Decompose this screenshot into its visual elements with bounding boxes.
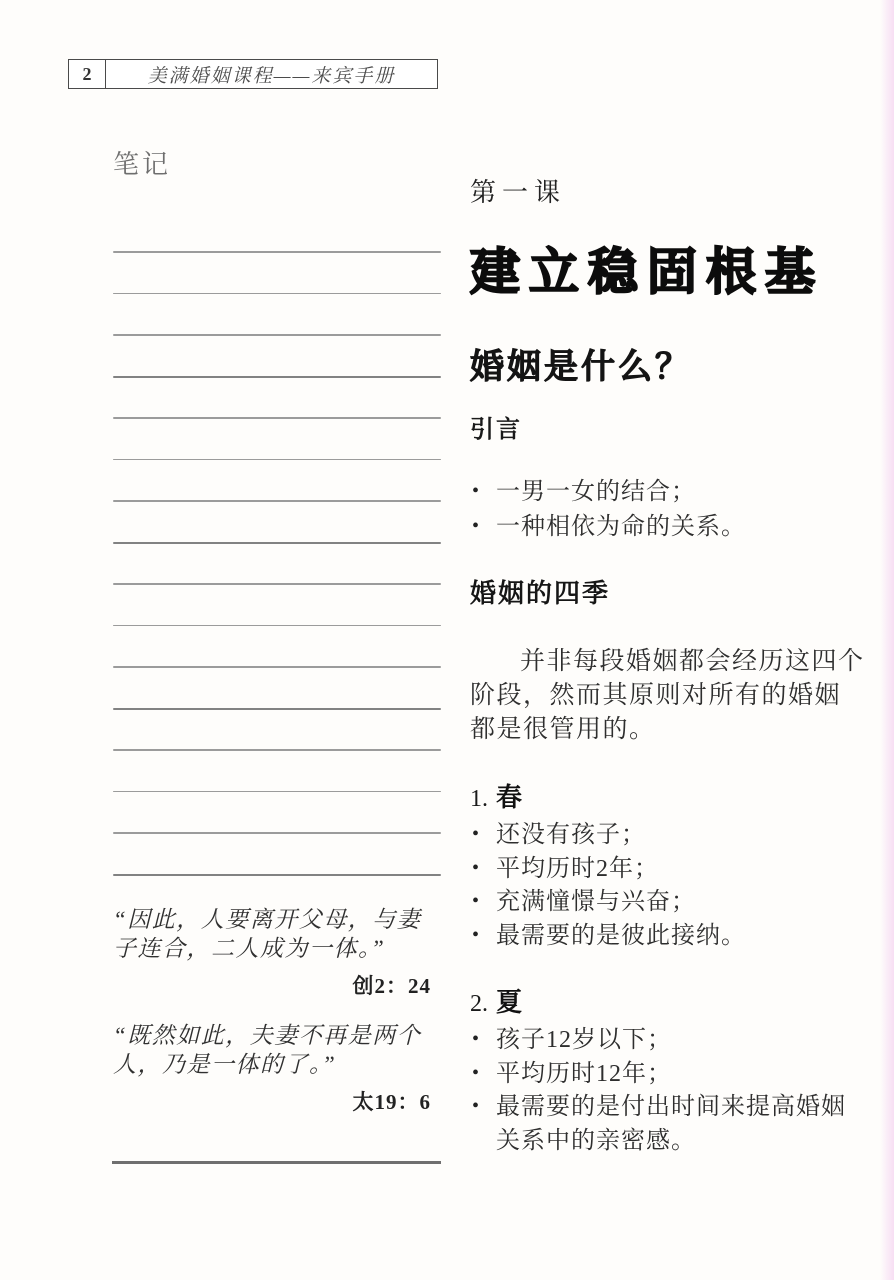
list-item: • 孩子12岁以下； <box>470 1024 866 1058</box>
notes-bottom-rule <box>112 1161 441 1164</box>
list-item: • 最需要的是彼此接纳。 <box>470 920 866 954</box>
running-head-title: 美满婚姻课程——来宾手册 <box>106 60 437 88</box>
notes-ruled-lines <box>113 251 441 915</box>
ruled-line <box>113 293 441 295</box>
spring-bullet-list: • 还没有孩子； • 平均历时2年； • 充满憧憬与兴奋； • 最需要的是彼此接… <box>470 819 884 953</box>
list-item-text: 还没有孩子； <box>496 822 646 848</box>
bullet-icon: • <box>472 885 480 919</box>
list-item-text: 最需要的是付出时间来提高婚姻关系中的亲密感。 <box>496 1094 846 1154</box>
ruled-line <box>113 542 441 544</box>
list-item-text: 一种相依为命的关系。 <box>496 514 746 540</box>
ruled-line <box>113 334 441 336</box>
lesson-number-label: 第一课 <box>470 178 884 208</box>
bullet-icon: • <box>472 509 480 544</box>
list-item-text: 一男一女的结合； <box>496 479 696 505</box>
ruled-line <box>113 376 441 378</box>
ruled-line <box>113 251 441 253</box>
sub-heading-introduction: 引言 <box>470 415 884 445</box>
list-item: • 平均历时12年； <box>470 1058 866 1092</box>
ruled-line <box>113 459 441 461</box>
stage-number: 2. <box>470 991 488 1017</box>
ruled-line <box>113 625 441 627</box>
list-item: • 一种相依为命的关系。 <box>470 510 884 545</box>
scripture-quote-genesis: “因此，人要离开父母，与妻子连合，二人成为一体。” 创2：24 <box>113 906 445 1000</box>
list-item-text: 最需要的是彼此接纳。 <box>496 923 746 949</box>
four-seasons-intro-paragraph: 并非每段婚姻都会经历这四个阶段，然而其原则对所有的婚姻都是很管用的。 <box>470 645 866 747</box>
list-item: • 平均历时2年； <box>470 853 866 887</box>
ruled-line <box>113 874 441 876</box>
bullet-icon: • <box>472 852 480 886</box>
ruled-line <box>113 417 441 419</box>
quote-reference: 创2：24 <box>113 970 445 1000</box>
list-item-text: 充满憧憬与兴奋； <box>496 889 696 915</box>
ruled-line <box>113 583 441 585</box>
list-item-text: 孩子12岁以下； <box>496 1027 672 1053</box>
ruled-line <box>113 500 441 502</box>
list-item: • 还没有孩子； <box>470 819 866 853</box>
stage-name: 春 <box>496 783 523 812</box>
introduction-bullet-list: • 一男一女的结合； • 一种相依为命的关系。 <box>470 475 884 545</box>
running-head: 2 美满婚姻课程——来宾手册 <box>68 59 438 89</box>
bullet-icon: • <box>472 919 480 953</box>
scripture-quotes: “因此，人要离开父母，与妻子连合，二人成为一体。” 创2：24 “既然如此，夫妻… <box>113 906 445 1138</box>
list-item: • 最需要的是付出时间来提高婚姻关系中的亲密感。 <box>470 1091 866 1158</box>
lesson-column: 第一课 建立稳固根基 婚姻是什么？ 引言 • 一男一女的结合； • 一种相依为命… <box>470 178 884 1158</box>
summer-bullet-list: • 孩子12岁以下； • 平均历时12年； • 最需要的是付出时间来提高婚姻关系… <box>470 1024 884 1158</box>
ruled-line <box>113 749 441 751</box>
stage-heading-spring: 1.春 <box>470 783 884 817</box>
bullet-icon: • <box>472 818 480 852</box>
quote-text: “因此，人要离开父母，与妻子连合，二人成为一体。” <box>113 906 445 963</box>
book-page: { "ui": { "bullet": "•" }, "header": { "… <box>0 0 894 1280</box>
ruled-line <box>113 666 441 668</box>
bullet-icon: • <box>472 1090 480 1124</box>
list-item-text: 平均历时2年； <box>496 856 659 882</box>
lesson-title: 建立稳固根基 <box>470 244 884 300</box>
section-heading-what-is-marriage: 婚姻是什么？ <box>470 346 884 388</box>
bullet-icon: • <box>472 1057 480 1091</box>
quote-reference: 太19：6 <box>113 1086 445 1116</box>
list-item: • 充满憧憬与兴奋； <box>470 886 866 920</box>
bullet-icon: • <box>472 474 480 509</box>
ruled-line <box>113 708 441 710</box>
section-heading-four-seasons: 婚姻的四季 <box>470 577 884 609</box>
stage-name: 夏 <box>496 988 523 1017</box>
page-number: 2 <box>69 60 106 88</box>
bullet-icon: • <box>472 1023 480 1057</box>
scripture-quote-matthew: “既然如此，夫妻不再是两个人，乃是一体的了。” 太19：6 <box>113 1022 445 1116</box>
list-item: • 一男一女的结合； <box>470 475 884 510</box>
quote-text: “既然如此，夫妻不再是两个人，乃是一体的了。” <box>113 1022 445 1079</box>
stage-number: 1. <box>470 786 488 812</box>
list-item-text: 平均历时12年； <box>496 1061 672 1087</box>
ruled-line <box>113 791 441 793</box>
notes-label: 笔记 <box>113 144 171 181</box>
ruled-line <box>113 832 441 834</box>
stage-heading-summer: 2.夏 <box>470 988 884 1022</box>
